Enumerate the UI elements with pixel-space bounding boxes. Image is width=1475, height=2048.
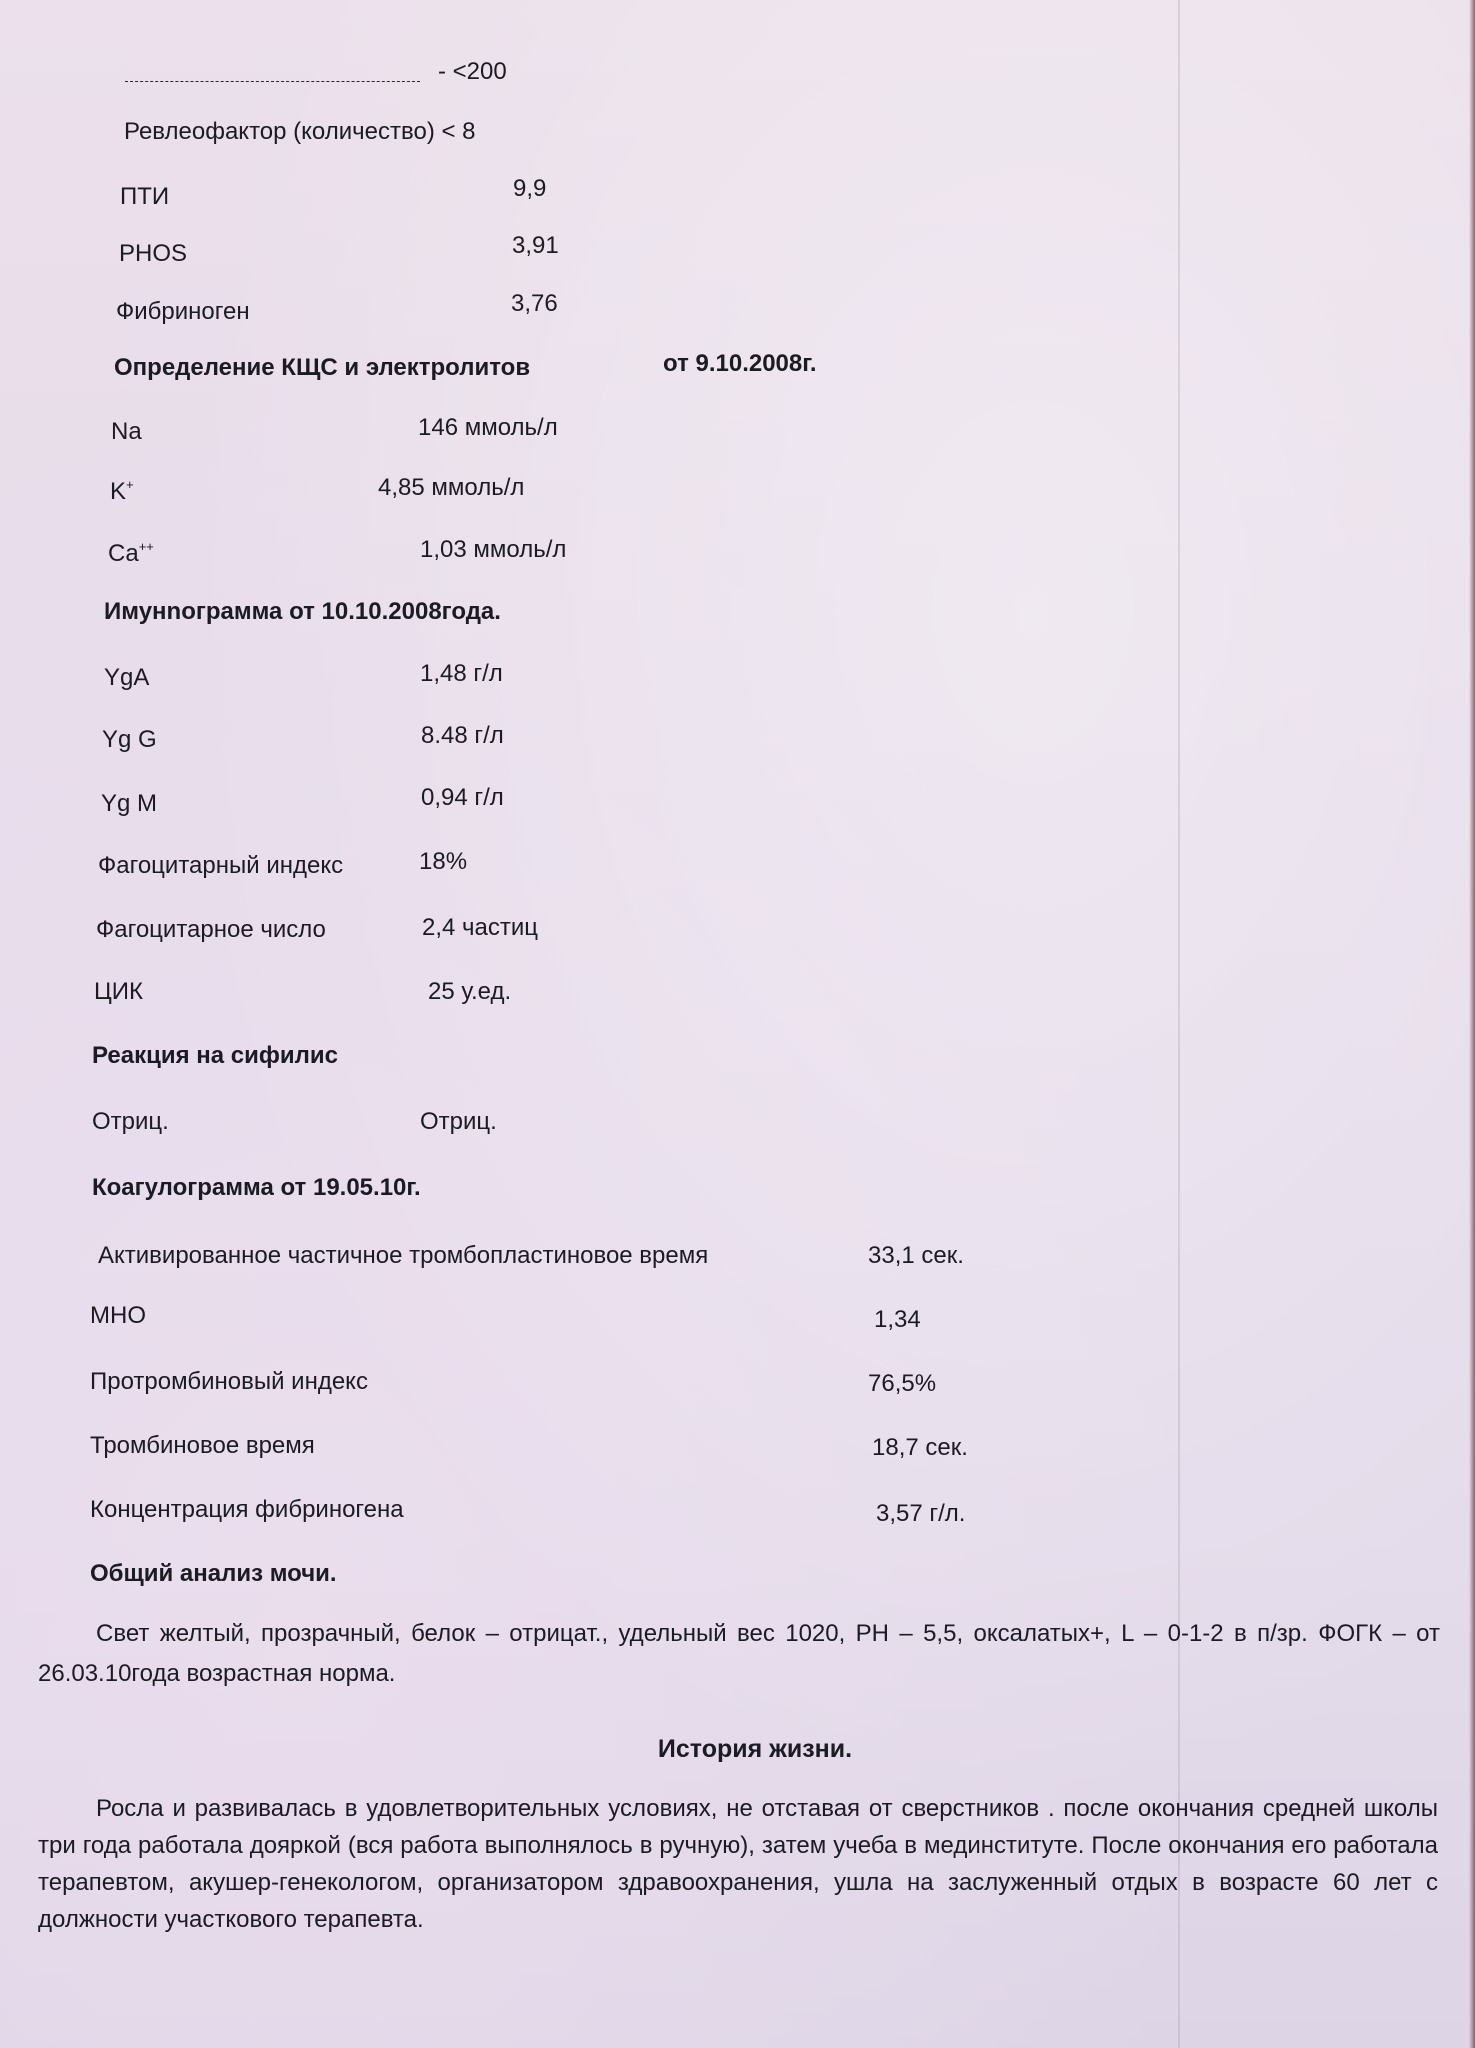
top-fragment-value: - <200 (438, 58, 507, 86)
electrolyte-value: 146 ммоль/л (418, 414, 558, 442)
coagulogram-label: Концентрация фибриногена (90, 1496, 404, 1524)
immunogram-label: YgA (104, 664, 149, 692)
urinalysis-title: Общий анализ мочи. (90, 1560, 337, 1588)
fibrinogen-value: 3,76 (511, 290, 558, 318)
syphilis-title: Реакция на сифилис (92, 1042, 338, 1070)
coagulogram-label: Протромбиновый индекс (90, 1368, 368, 1396)
electrolytes-title: Определение КЩС и электролитов (114, 354, 530, 382)
urinalysis-text: Свет желтый, прозрачный, белок – отрицат… (38, 1614, 1440, 1694)
syphilis-value: Отриц. (420, 1108, 497, 1136)
coagulogram-title: Коагулограмма от 19.05.10г. (92, 1174, 421, 1202)
electrolyte-value: 4,85 ммоль/л (378, 474, 524, 502)
immunogram-label: Yg M (101, 790, 157, 818)
phos-label: PHOS (119, 240, 187, 268)
coagulogram-value: 1,34 (874, 1306, 921, 1334)
syphilis-label: Отриц. (92, 1108, 169, 1136)
electrolyte-label: Na (111, 418, 142, 446)
life-history-text: Росла и развивалась в удовлетворительных… (38, 1790, 1438, 1938)
fibrinogen-label: Фибриноген (116, 298, 250, 326)
immunogram-label: Фагоцитарное число (96, 916, 326, 944)
immunogram-label: Фагоцитарный индекс (98, 852, 343, 880)
pti-value: 9,9 (513, 175, 546, 203)
pti-label: ПТИ (120, 183, 169, 211)
electrolyte-value: 1,03 ммоль/л (420, 536, 566, 564)
immunogram-title: Имунnограмма от 10.10.2008года. (104, 598, 501, 626)
immunogram-value: 0,94 г/л (421, 784, 504, 812)
coagulogram-label: Активированное частичное тромбопластинов… (98, 1242, 708, 1270)
electrolyte-label: K+ (110, 478, 134, 506)
phos-value: 3,91 (512, 232, 559, 260)
electrolytes-date: от 9.10.2008г. (663, 350, 817, 378)
immunogram-value: 2,4 частиц (422, 914, 538, 942)
immunogram-value: 1,48 г/л (420, 660, 503, 688)
coagulogram-value: 18,7 сек. (872, 1434, 968, 1462)
immunogram-value: 18% (419, 848, 467, 876)
immunogram-value: 25 у.ед. (428, 978, 511, 1006)
rheumatoid-factor: Ревлеофактор (количество) < 8 (124, 118, 476, 146)
document-page: - <200 Ревлеофактор (количество) < 8 ПТИ… (0, 0, 1475, 2048)
coagulogram-label: МНО (90, 1302, 146, 1330)
coagulogram-value: 3,57 г/л. (876, 1500, 965, 1528)
life-history-title: История жизни. (0, 1735, 1475, 1764)
coagulogram-label: Тромбиновое время (90, 1432, 315, 1460)
immunogram-label: Yg G (102, 726, 157, 754)
dashed-line (125, 81, 420, 82)
coagulogram-value: 33,1 сек. (868, 1242, 964, 1270)
immunogram-label: ЦИК (94, 978, 143, 1006)
electrolyte-label: Ca++ (108, 540, 154, 568)
coagulogram-value: 76,5% (868, 1370, 936, 1398)
immunogram-value: 8.48 г/л (421, 722, 504, 750)
